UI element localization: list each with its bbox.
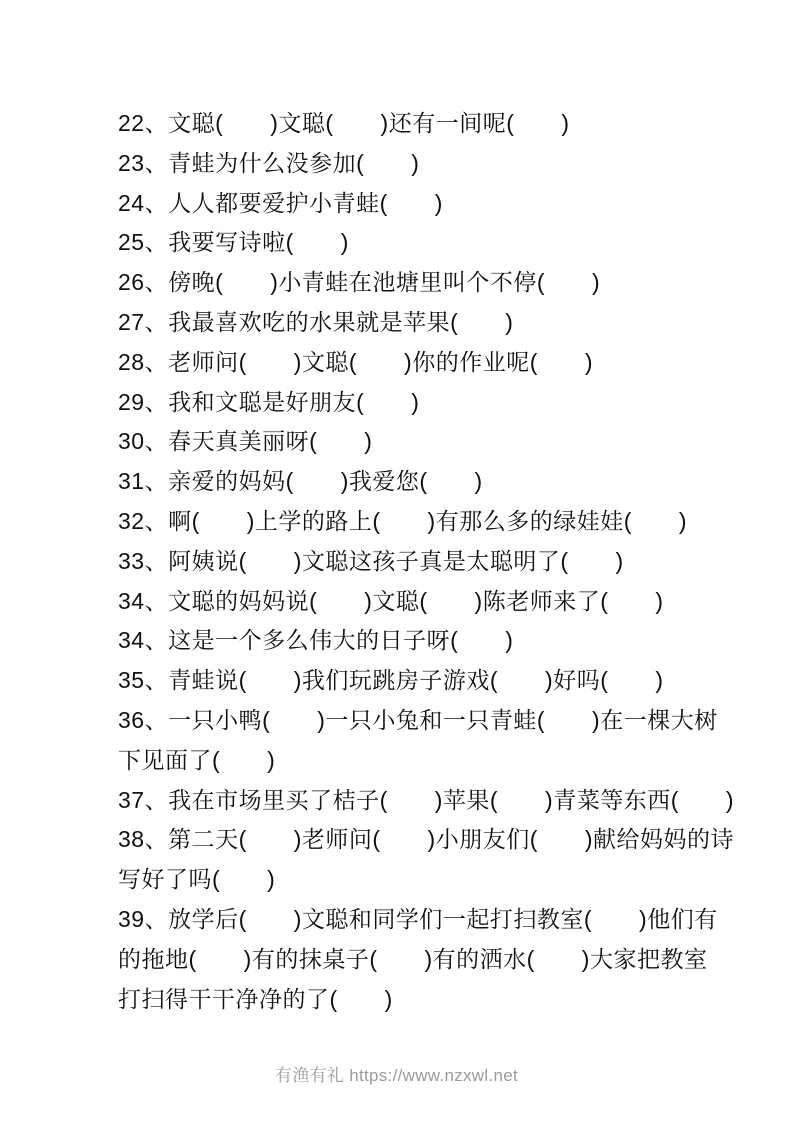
exercise-line: 打扫得干干净净的了( ) — [118, 980, 703, 1020]
exercise-line: 32、啊( )上学的路上( )有那么多的绿娃娃( ) — [118, 502, 703, 542]
exercise-line: 22、文聪( )文聪( )还有一间呢( ) — [118, 104, 703, 144]
footer-watermark-text: 有渔有礼 https://www.nzxwl.net — [275, 1066, 518, 1085]
exercise-line: 的拖地( )有的抹桌子( )有的洒水( )大家把教室 — [118, 940, 703, 980]
exercise-line: 28、老师问( )文聪( )你的作业呢( ) — [118, 343, 703, 383]
exercise-line: 39、放学后( )文聪和同学们一起打扫教室( )他们有 — [118, 900, 703, 940]
exercise-line: 33、阿姨说( )文聪这孩子真是太聪明了( ) — [118, 542, 703, 582]
exercise-line: 写好了吗( ) — [118, 860, 703, 900]
exercise-line: 27、我最喜欢吃的水果就是苹果( ) — [118, 303, 703, 343]
exercise-line: 30、春天真美丽呀( ) — [118, 422, 703, 462]
exercise-line: 34、文聪的妈妈说( )文聪( )陈老师来了( ) — [118, 582, 703, 622]
exercise-line: 29、我和文聪是好朋友( ) — [118, 383, 703, 423]
worksheet-page: 22、文聪( )文聪( )还有一间呢( )23、青蛙为什么没参加( )24、人人… — [0, 0, 793, 1122]
exercise-line: 26、傍晚( )小青蛙在池塘里叫个不停( ) — [118, 263, 703, 303]
exercise-line: 34、这是一个多么伟大的日子呀( ) — [118, 621, 703, 661]
exercise-line: 31、亲爱的妈妈( )我爱您( ) — [118, 462, 703, 502]
exercise-line: 下见面了( ) — [118, 741, 703, 781]
exercise-line: 35、青蛙说( )我们玩跳房子游戏( )好吗( ) — [118, 661, 703, 701]
exercise-line: 38、第二天( )老师问( )小朋友们( )献给妈妈的诗 — [118, 820, 703, 860]
exercise-line: 25、我要写诗啦( ) — [118, 223, 703, 263]
footer-watermark: 有渔有礼 https://www.nzxwl.net — [0, 1064, 793, 1088]
exercise-line: 36、一只小鸭( )一只小兔和一只青蛙( )在一棵大树 — [118, 701, 703, 741]
exercise-line: 37、我在市场里买了桔子( )苹果( )青菜等东西( ) — [118, 781, 703, 821]
exercise-line: 23、青蛙为什么没参加( ) — [118, 144, 703, 184]
worksheet-body: 22、文聪( )文聪( )还有一间呢( )23、青蛙为什么没参加( )24、人人… — [118, 104, 703, 1019]
exercise-line: 24、人人都要爱护小青蛙( ) — [118, 184, 703, 224]
